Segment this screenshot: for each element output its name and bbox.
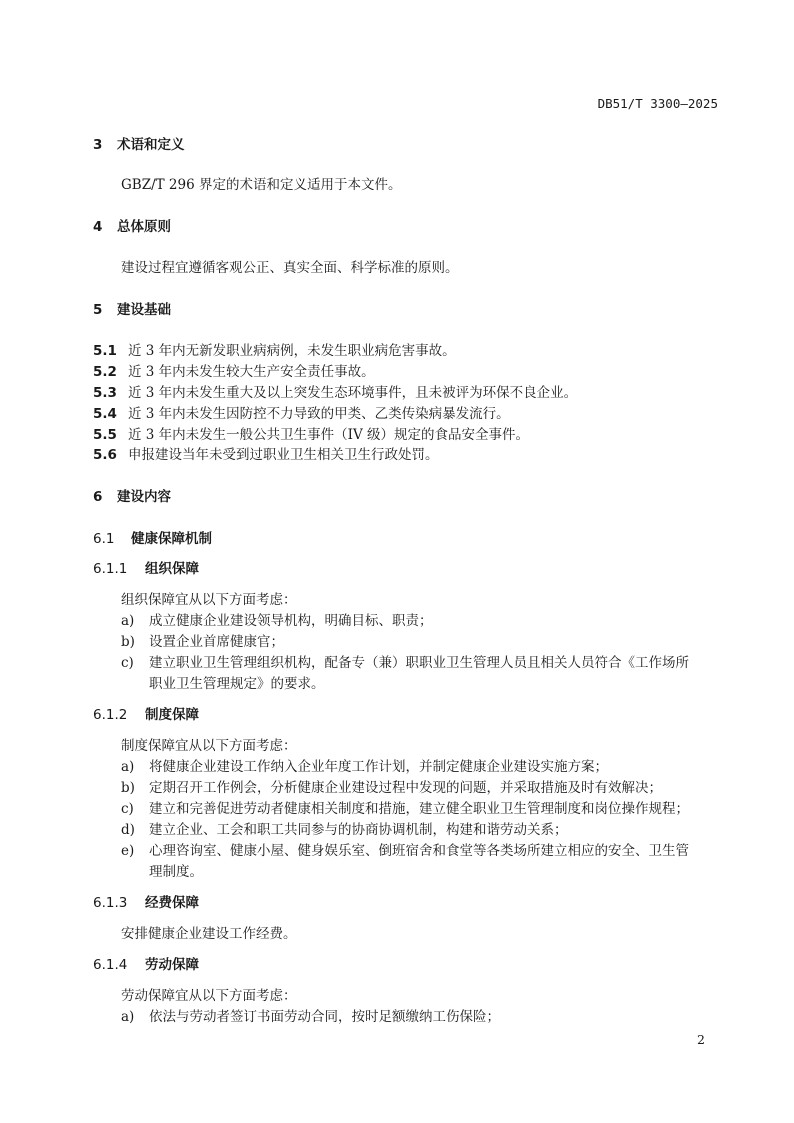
section-6-1-4-intro: 劳动保障宜从以下方面考虑： [121, 984, 297, 1004]
list-item-6-1-2-e: e)心理咨询室、健康小屋、健身娱乐室、倒班宿舍和食堂等各类场所建立相应的安全、卫… [121, 839, 689, 859]
section-6-1-1-heading: 6.1.1组织保障 [93, 557, 199, 577]
section-5-heading: 5建设基础 [93, 298, 171, 318]
section-6-1-3-heading: 6.1.3经费保障 [93, 891, 199, 911]
list-item-6-1-1-b: b)设置企业首席健康官； [121, 630, 284, 650]
section-4-heading: 4总体原则 [93, 215, 171, 235]
list-item-6-1-2-d: d)建立企业、工会和职工共同参与的协商协调机制，构建和谐劳动关系； [121, 818, 568, 838]
list-item-6-1-1-c: c)建立职业卫生管理组织机构，配备专（兼）职职业卫生管理人员且相关人员符合《工作… [121, 651, 689, 671]
clause-5-3: 5.3近 3 年内未发生重大及以上突发生态环境事件，且未被评为环保不良企业。 [93, 381, 577, 401]
section-6-1-2-heading: 6.1.2制度保障 [93, 703, 199, 723]
section-6-1-1-intro: 组织保障宜从以下方面考虑： [121, 588, 297, 608]
clause-5-1: 5.1近 3 年内无新发职业病病例，未发生职业病危害事故。 [93, 339, 456, 359]
document-page: DB51/T 3300—2025 3术语和定义 GBZ/T 296 界定的术语和… [0, 0, 794, 1123]
section-6-1-4-heading: 6.1.4劳动保障 [93, 953, 199, 973]
section-6-1-3-text: 安排健康企业建设工作经费。 [121, 922, 297, 942]
list-item-6-1-2-e-continued: 理制度。 [149, 860, 203, 880]
list-item-6-1-1-a: a)成立健康企业建设领导机构，明确目标、职责； [121, 609, 433, 629]
list-item-6-1-2-c: c)建立和完善促进劳动者健康相关制度和措施，建立健全职业卫生管理制度和岗位操作规… [121, 797, 689, 817]
section-6-1-heading: 6.1健康保障机制 [93, 527, 212, 547]
clause-5-2: 5.2近 3 年内未发生较大生产安全责任事故。 [93, 360, 375, 380]
list-item-6-1-2-b: b)定期召开工作例会，分析健康企业建设过程中发现的问题，并采取措施及时有效解决； [121, 776, 662, 796]
clause-5-6: 5.6申报建设当年未受到过职业卫生相关卫生行政处罚。 [93, 443, 439, 463]
section-6-1-2-intro: 制度保障宜从以下方面考虑： [121, 734, 297, 754]
page-number: 2 [697, 1032, 705, 1047]
list-item-6-1-1-c-continued: 职业卫生管理规定》的要求。 [149, 672, 325, 692]
list-item-6-1-4-a: a)依法与劳动者签订书面劳动合同，按时足额缴纳工伤保险； [121, 1005, 500, 1025]
section-4-text: 建设过程宜遵循客观公正、真实全面、科学标准的原则。 [121, 256, 459, 276]
clause-5-5: 5.5近 3 年内未发生一般公共卫生事件（IV 级）规定的食品安全事件。 [93, 423, 529, 443]
section-3-text: GBZ/T 296 界定的术语和定义适用于本文件。 [121, 173, 402, 193]
clause-5-4: 5.4近 3 年内未发生因防控不力导致的甲类、乙类传染病暴发流行。 [93, 402, 510, 422]
section-6-heading: 6建设内容 [93, 485, 171, 505]
document-id-header: DB51/T 3300—2025 [598, 96, 718, 111]
section-3-heading: 3术语和定义 [93, 133, 185, 153]
list-item-6-1-2-a: a)将健康企业建设工作纳入企业年度工作计划，并制定健康企业建设实施方案； [121, 755, 608, 775]
